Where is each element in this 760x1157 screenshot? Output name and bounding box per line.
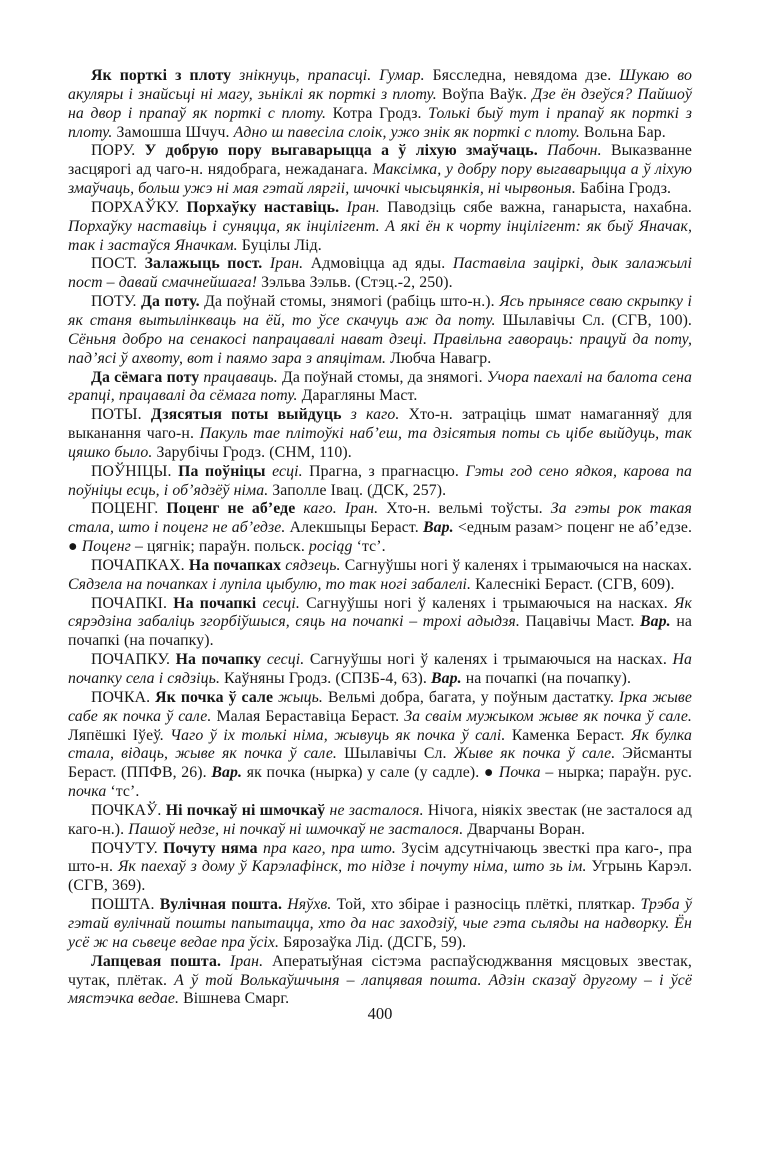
text-run-n: Заполле Івац. (ДСК, 257). <box>272 482 446 499</box>
text-run-n: ПОЧАПКІ. <box>91 595 173 612</box>
text-run-b: Лапцевая пошта. <box>91 953 230 970</box>
text-run-i: Пабочн. <box>547 142 611 159</box>
entry-potseng: ПОЦЕНГ. Поценг не аб’еде каго. Іран. Хто… <box>68 500 692 557</box>
text-run-b: Да сёмага поту <box>91 369 203 386</box>
page-number: 400 <box>0 1004 760 1024</box>
entry-poty: ПОТЫ. Дзясятыя поты выйдуць з каго. Хто-… <box>68 406 692 463</box>
text-run-n: Дварчаны Воран. <box>467 821 585 838</box>
text-run-i: Іран. <box>270 255 311 272</box>
entry-pochapkakh: ПОЧАПКАХ. На почапках сядзець. Сагнуўшы … <box>68 557 692 595</box>
entry-pochapku: ПОЧАПКУ. На почапку сесці. Сагнуўшы ногі… <box>68 651 692 689</box>
text-run-b: Дзясятыя поты выйдуць <box>151 406 351 423</box>
text-run-i: пра каго, пра што. <box>263 840 401 857</box>
text-run-bi: Вар. <box>640 613 676 630</box>
text-run-n: Каўняны Гродз. (СПЗБ-4, 63). <box>224 670 431 687</box>
text-run-n: ПОЎНІЦЫ. <box>91 463 178 480</box>
text-run-n: Калеснікі Бераст. (СГВ, 609). <box>475 576 674 593</box>
text-run-b: На почапках <box>189 557 285 574</box>
text-run-b: Вулічная пошта. <box>160 896 287 913</box>
text-run-n: ПОТЫ. <box>91 406 151 423</box>
text-run-b: Па поўніцы <box>178 463 272 480</box>
text-run-n: Алекшыцы Бераст. <box>290 519 423 536</box>
text-run-n: Малая Бераставіца Бераст. <box>216 708 404 725</box>
text-run-b: Порхаўку наставіць. <box>187 199 347 216</box>
text-run-i: Як паехаў з дому ў Карэлафінск, то нідзе… <box>118 858 592 875</box>
entry-potu: ПОТУ. Да поту. Да поўнай стомы, знямогі … <box>68 293 692 368</box>
text-run-i: Сёньня добро на сенакосі папрацавалі нав… <box>68 331 692 367</box>
text-run-n: Ляпёшкі Іўеў. <box>68 727 170 744</box>
text-run-n: Бабіна Гродз. <box>580 180 671 197</box>
text-run-n: Шылавічы Сл. <box>344 745 454 762</box>
text-run-n: Прагна, з прагнасцю. <box>309 463 465 480</box>
text-run-b: Почуту няма <box>163 840 263 857</box>
text-run-i: не засталося. <box>330 802 428 819</box>
text-run-n: Адмовіцца ад яды. <box>311 255 453 272</box>
text-run-i: сесці. <box>267 651 310 668</box>
text-run-i: pociąg <box>309 538 357 555</box>
entry-pochka: ПОЧКА. Як почка ў сале жыць. Вельмі добр… <box>68 689 692 802</box>
text-run-bi: Вар. <box>423 519 458 536</box>
text-run-b: Як почка ў сале <box>155 689 278 706</box>
text-run-i: Іран. <box>230 953 272 970</box>
text-run-n: Да поўнай стомы, знямогі (рабіць што-н.)… <box>204 293 499 310</box>
text-run-i: працаваць. <box>203 369 282 386</box>
entry-pounitsy: ПОЎНІЦЫ. Па поўніцы есці. Прагна, з праг… <box>68 463 692 501</box>
text-run-n: ПОРУ. <box>91 142 145 159</box>
text-run-n: ПОЦЕНГ. <box>91 500 166 517</box>
text-run-i: Чаго ў іх толькі німа, жывуць як почка ў… <box>170 727 512 744</box>
text-run-i: каго. Іран. <box>303 500 386 517</box>
text-run-n: ‘тс’. <box>357 538 386 555</box>
text-run-n: ПОЧАПКАХ. <box>91 557 189 574</box>
text-run-b: Поценг не аб’еде <box>166 500 303 517</box>
text-run-n: Зэльва Зэльв. (Стэц.-2, 250). <box>261 274 453 291</box>
text-run-n: Воўпа Ваўк. <box>442 86 532 103</box>
text-run-i: почка <box>68 783 110 800</box>
text-run-n: ПОЧАПКУ. <box>91 651 176 668</box>
text-run-n: Бясследна, невядома дзе. <box>433 67 620 84</box>
text-run-n: Каменка Бераст. <box>512 727 631 744</box>
text-run-n: на почапкі (на почапку). <box>466 670 631 687</box>
text-run-n: Буцілы Лід. <box>242 237 322 254</box>
text-run-n: Котра Гродз. <box>333 105 429 122</box>
entry-pochapki: ПОЧАПКІ. На почапкі сесці. Сагнуўшы ногі… <box>68 595 692 652</box>
document-page: Як порткі з плоту знікнуць, прапасці. Гу… <box>0 0 760 1157</box>
entry-post: ПОСТ. Залажыць пост. Іран. Адмовіцца ад … <box>68 255 692 293</box>
entry-pochkau: ПОЧКАЎ. Ні почкаў ні шмочкаў не засталос… <box>68 802 692 840</box>
text-run-n: Паводзіць сябе важна, ганарыста, нахабна… <box>387 199 692 216</box>
text-run-bi: Вар. <box>211 764 246 781</box>
entry-pochutu: ПОЧУТУ. Почуту няма пра каго, пра што. З… <box>68 840 692 897</box>
dictionary-text-block: Як порткі з плоту знікнуць, прапасці. Гу… <box>68 67 692 1009</box>
text-run-n: як почка (нырка) у сале (у садле). ● <box>247 764 499 781</box>
text-run-i: Пашоў недзе, ні почкаў ні шмочкаў не зас… <box>128 821 467 838</box>
text-run-i: есці. <box>272 463 309 480</box>
entry-laptsevaya-poshta: Лапцевая пошта. Іран. Аператыўная сістэм… <box>68 953 692 1010</box>
text-run-n: Любча Навагр. <box>390 350 491 367</box>
text-run-n: Вельмі добра, багата, у поўным дастатку. <box>328 689 619 706</box>
text-run-i: Няўхв. <box>287 896 336 913</box>
text-run-n: ПОЧУТУ. <box>91 840 163 857</box>
text-run-i: Іран. <box>347 199 388 216</box>
text-run-i: Жыве як почка ў сале. <box>454 745 623 762</box>
text-run-n: Зарубічы Гродз. (СНМ, 110). <box>157 444 352 461</box>
text-run-i: Адно ш павесіла слоік, ужо знік як портк… <box>234 124 584 141</box>
text-run-n: Шылавічы Сл. (СГВ, 100). <box>503 312 692 329</box>
text-run-i: Поценг <box>82 538 135 555</box>
text-run-bi: Вар. <box>431 670 466 687</box>
text-run-n: – цягнік; параўн. польск. <box>135 538 309 555</box>
text-run-n: Пацавічы Маст. <box>526 613 641 630</box>
entry-poru: ПОРУ. У добрую пору выгаварыцца а ў ліху… <box>68 142 692 199</box>
text-run-n: Хто-н. вельмі тоўсты. <box>386 500 551 517</box>
text-run-i: з каго. <box>351 406 409 423</box>
text-run-n: ПОШТА. <box>91 896 160 913</box>
text-run-b: Залажыць пост. <box>145 255 270 272</box>
text-run-n: ПОСТ. <box>91 255 145 272</box>
entry-porkhauku: ПОРХАЎКУ. Порхаўку наставіць. Іран. Паво… <box>68 199 692 256</box>
text-run-b: На почапкі <box>173 595 262 612</box>
text-run-i: сесці. <box>262 595 306 612</box>
text-run-b: У добрую пору выгаварыцца а ў ліхую змаў… <box>145 142 547 159</box>
entry-yak-portki-z-plotu: Як порткі з плоту знікнуць, прапасці. Гу… <box>68 67 692 142</box>
text-run-n: Замошша Шчуч. <box>117 124 234 141</box>
text-run-i: За сваім мужыком жыве як почка ў сале. <box>404 708 692 725</box>
text-run-b: Як порткі з плоту <box>91 67 239 84</box>
text-run-i: знікнуць, прапасці. Гумар. <box>239 67 433 84</box>
text-run-n: Той, хто збірае і разносіць плёткі, плят… <box>337 896 641 913</box>
text-run-b: Ні почкаў ні шмочкаў <box>166 802 330 819</box>
text-run-n: ПОЧКА. <box>91 689 155 706</box>
text-run-i: жыць. <box>278 689 328 706</box>
text-run-n: Сагнуўшы ногі ў каленях і трымаючыся на … <box>306 595 674 612</box>
text-run-i: Почка <box>499 764 545 781</box>
entry-poshta: ПОШТА. Вулічная пошта. Няўхв. Той, хто з… <box>68 896 692 953</box>
text-run-i: Порхаўку наставіць і суняцца, як інціліг… <box>68 218 692 254</box>
text-run-i: Сядзела на почапках і лупіла цыбулю, то … <box>68 576 475 593</box>
text-run-n: Сагнуўшы ногі ў каленях і трымаючыся на … <box>310 651 673 668</box>
entry-da-syomaga-potu: Да сёмага поту працаваць. Да поўнай стом… <box>68 369 692 407</box>
text-run-i: сядзець. <box>285 557 344 574</box>
text-run-n: Вольна Бар. <box>584 124 666 141</box>
text-run-n: ПОЧКАЎ. <box>91 802 166 819</box>
text-run-n: Бярозаўка Лід. (ДСГБ, 59). <box>283 934 466 951</box>
text-run-n: Да поўнай стомы, да знямогі. <box>282 369 487 386</box>
text-run-n: ‘тс’. <box>110 783 139 800</box>
text-run-n: ПОРХАЎКУ. <box>91 199 187 216</box>
text-run-n: ПОТУ. <box>91 293 141 310</box>
text-run-b: На почапку <box>176 651 267 668</box>
text-run-n: – нырка; параўн. рус. <box>545 764 692 781</box>
text-run-b: Да поту. <box>141 293 204 310</box>
text-run-n: Дарагляны Маст. <box>302 387 418 404</box>
text-run-n: Сагнуўшы ногі ў каленях і трымаючыся на … <box>345 557 692 574</box>
